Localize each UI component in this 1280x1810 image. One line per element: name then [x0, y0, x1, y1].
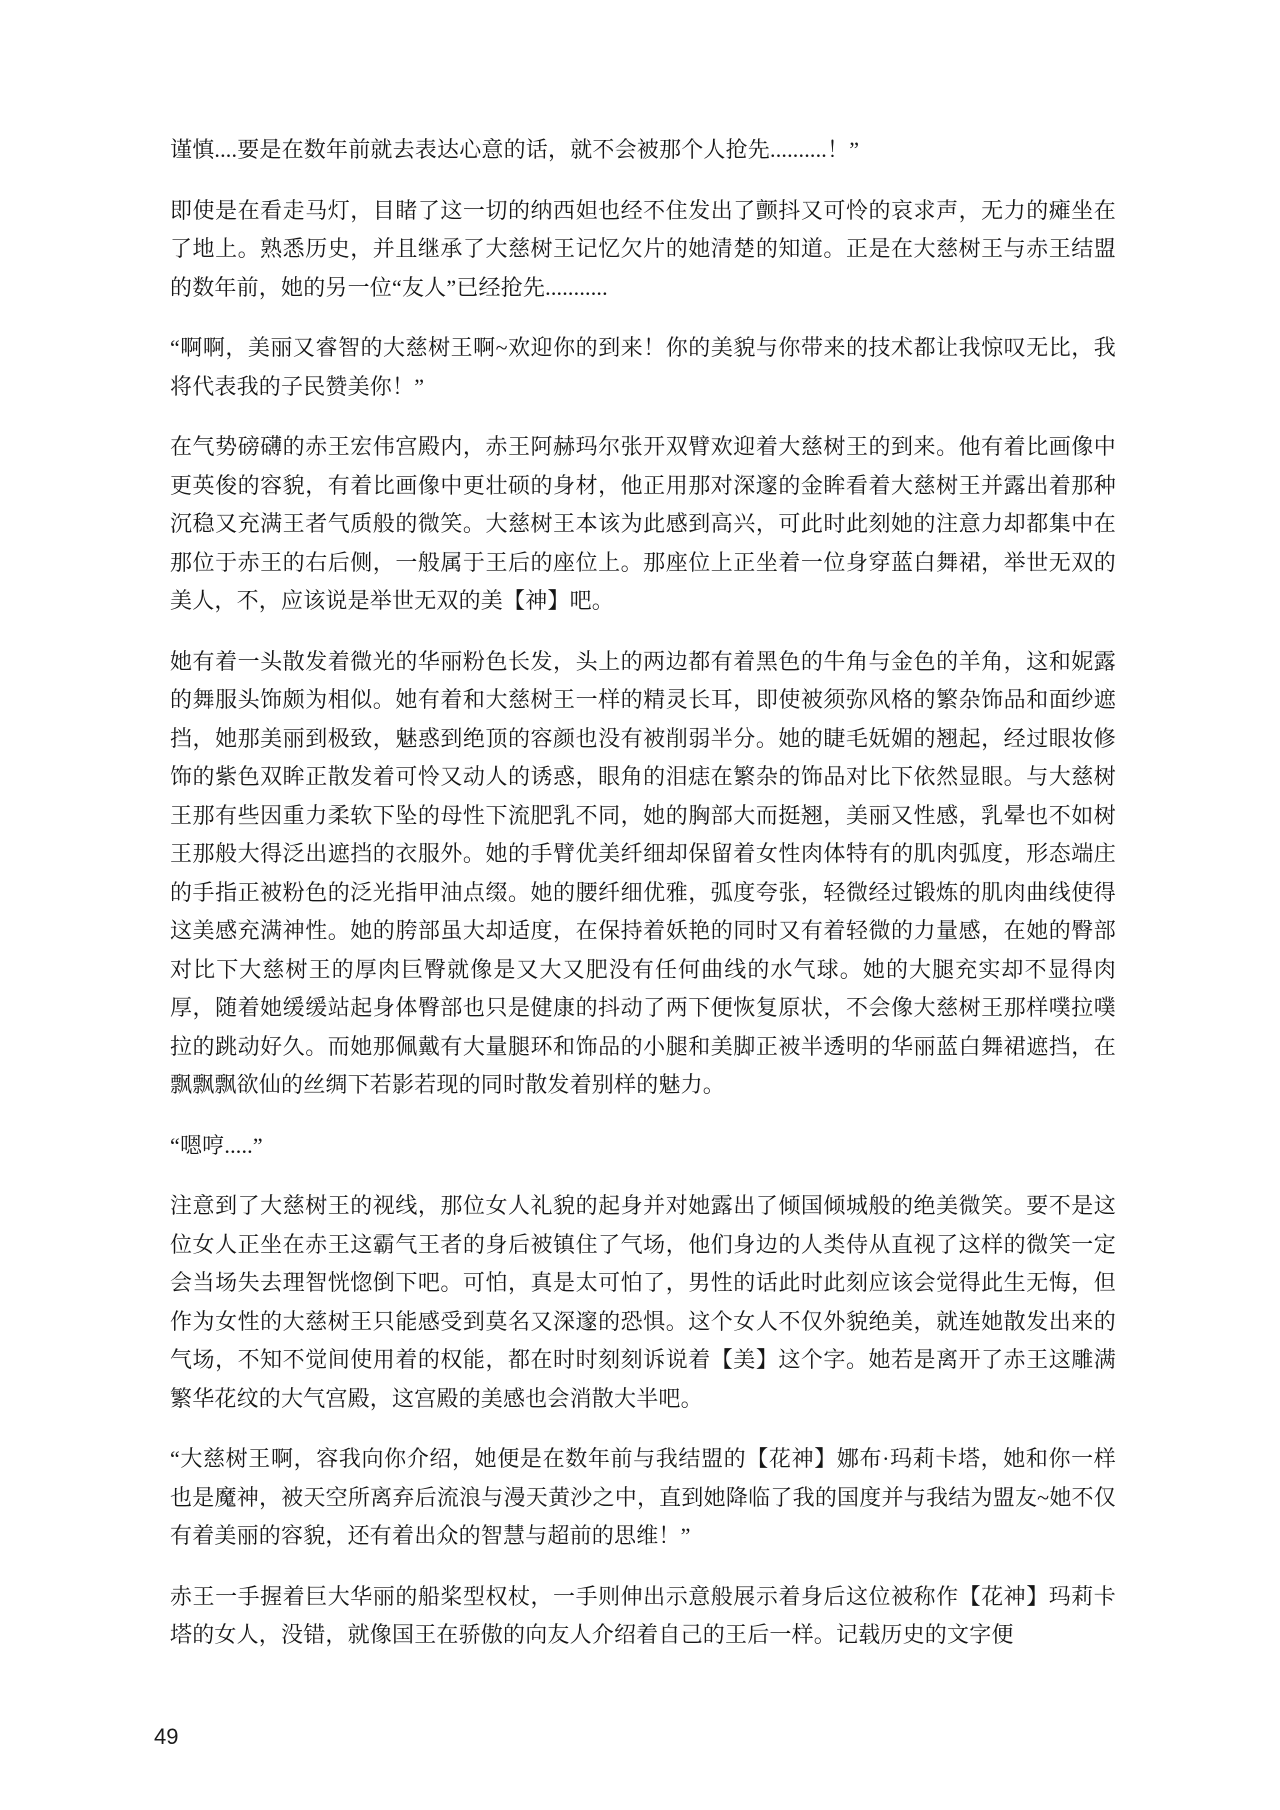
paragraph: “啊啊，美丽又睿智的大慈树王啊~欢迎你的到来！你的美貌与你带来的技术都让我惊叹无…: [170, 329, 1116, 406]
page-number: 49: [154, 1724, 178, 1750]
paragraph: 在气势磅礴的赤王宏伟宫殿内，赤王阿赫玛尔张开双臂欢迎着大慈树王的到来。他有着比画…: [170, 428, 1116, 621]
paragraph: 注意到了大慈树王的视线，那位女人礼貌的起身并对她露出了倾国倾城般的绝美微笑。要不…: [170, 1187, 1116, 1418]
paragraph: 赤王一手握着巨大华丽的船桨型权杖，一手则伸出示意般展示着身后这位被称作【花神】玛…: [170, 1578, 1116, 1655]
document-page: 谨慎....要是在数年前就去表达心意的话，就不会被那个人抢先..........…: [0, 0, 1280, 1810]
paragraph: 她有着一头散发着微光的华丽粉色长发，头上的两边都有着黑色的牛角与金色的羊角，这和…: [170, 643, 1116, 1105]
paragraph: 谨慎....要是在数年前就去表达心意的话，就不会被那个人抢先..........…: [170, 131, 1116, 170]
paragraph: 即使是在看走马灯，目睹了这一切的纳西妲也经不住发出了颤抖又可怜的哀求声，无力的瘫…: [170, 192, 1116, 308]
text-block: 谨慎....要是在数年前就去表达心意的话，就不会被那个人抢先..........…: [170, 131, 1116, 1677]
paragraph: “嗯哼.....”: [170, 1127, 1116, 1166]
paragraph: “大慈树王啊，容我向你介绍，她便是在数年前与我结盟的【花神】娜布·玛莉卡塔，她和…: [170, 1440, 1116, 1556]
